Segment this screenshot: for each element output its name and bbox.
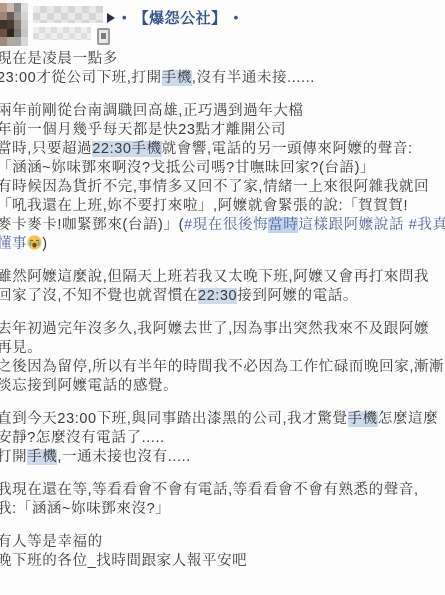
group-name-link[interactable]: 【爆怨公社】 bbox=[134, 7, 227, 28]
blank-line bbox=[0, 519, 445, 533]
post-text-line: 「吼我還在上班,妳不要打來啦」,阿嬤就會緊張的說:「賀賀賀! bbox=[0, 197, 445, 216]
hashtag-link[interactable]: 這樣跟阿嬤說話 bbox=[298, 217, 404, 233]
post-text: 之後因為留停,所以有半年的時間我不必因為工作忙碌而晚回家,漸漸 bbox=[0, 359, 444, 375]
post-text: 當時,只要超過 bbox=[0, 141, 92, 157]
hashtag-link[interactable]: #我真不 bbox=[409, 217, 445, 233]
post-text: ,沒有半通未接...... bbox=[192, 70, 315, 86]
post-text-line: 去年初過完年沒多久,我阿嬤去世了,因為事出突然我來不及跟阿嬤 bbox=[0, 320, 445, 339]
post-text: 「涵涵~妳味鄧來啊沒?戈抵公司嗎?甘嘸昧回家?(台語)」 bbox=[0, 160, 375, 176]
post-text-line: 直到今天23:00下班,與同事踏出漆黑的公司,我才驚覺手機怎麼這麼 bbox=[0, 410, 445, 429]
post-text: 兩年前剛從台南調職回高雄,正巧遇到過年大檔 bbox=[0, 103, 304, 119]
post-text: 回家了沒,不知不覺也就習慣在 bbox=[0, 288, 198, 304]
post-text: 接到阿嬤的電話。 bbox=[237, 288, 358, 304]
post-text-line: 淡忘接到阿嬤電話的感覺。 bbox=[0, 377, 445, 396]
blank-line bbox=[0, 306, 445, 320]
post-text: 現在是凌晨一點多 bbox=[0, 51, 118, 67]
post-text: 「吼我還在上班,妳不要打來啦」,阿嬤就會緊張的說:「賀賀賀! bbox=[0, 198, 408, 214]
post-text: 再見。 bbox=[0, 340, 42, 356]
highlighted-text: 手機 bbox=[348, 411, 378, 427]
separator-dot: • bbox=[122, 10, 127, 25]
highlighted-text: 手機 bbox=[132, 141, 162, 157]
post-text-line: 麥卡麥卡!咖緊鄧來(台語)」(#現在很後悔當時這樣跟阿嬤說話 #我真不 bbox=[0, 216, 445, 235]
post-text-line: 我:「涵涵~妳味鄧來沒?」 bbox=[0, 500, 445, 519]
post-text: 雖然阿嬤這麼說,但隔天上班若我又太晚下班,阿嬤又會再打來問我 bbox=[0, 269, 429, 285]
post-header: • 【爆怨公社】 • bbox=[0, 0, 445, 50]
hashtag-link[interactable]: 懂事 bbox=[0, 236, 27, 252]
post-text-line: 我現在還在等,等看看會不會有電話,等看看會不會有熟悉的聲音, bbox=[0, 481, 445, 500]
avatar[interactable] bbox=[0, 3, 28, 46]
post-text: 去年初過完年沒多久,我阿嬤去世了,因為事出突然我來不及跟阿嬤 bbox=[0, 321, 429, 337]
crying-emoji-icon bbox=[27, 235, 42, 250]
post-text-line: 當時,只要超過22:30手機就會響,電話的另一頭傳來阿嬤的聲音: bbox=[0, 140, 445, 159]
post-text-line: 「涵涵~妳味鄧來啊沒?戈抵公司嗎?甘嘸昧回家?(台語)」 bbox=[0, 159, 445, 178]
group-row: • 【爆怨公社】 • bbox=[107, 7, 238, 28]
post-text: 淡忘接到阿嬤電話的感覺。 bbox=[0, 378, 178, 394]
post-text-line: 懂事) bbox=[0, 235, 445, 254]
shared-to-arrow-icon bbox=[107, 13, 115, 23]
post-text: 麥卡麥卡!咖緊鄧來(台語)」( bbox=[0, 217, 184, 233]
post-text: 直到今天23:00下班,與同事踏出漆黑的公司,我才驚覺 bbox=[0, 411, 348, 427]
blank-line bbox=[0, 88, 445, 102]
hashtag-link[interactable]: 當時 bbox=[268, 217, 298, 233]
post-text: ,一通未接也沒有..... bbox=[57, 449, 190, 465]
highlighted-text: 22:30 bbox=[198, 288, 237, 304]
post-text-line: 晚下班的各位_找時間跟家人報平安吧 bbox=[0, 552, 445, 571]
blank-line bbox=[0, 254, 445, 268]
post-text-line: 再見。 bbox=[0, 339, 445, 358]
post-text: 安靜?怎麼沒有電話了..... bbox=[0, 430, 165, 446]
post-text-line: 打開手機,一通未接也沒有..... bbox=[0, 448, 445, 467]
timestamp-blurred bbox=[33, 27, 91, 40]
separator-dot: • bbox=[234, 10, 239, 25]
highlighted-text: 手機 bbox=[27, 449, 57, 465]
post-text-line: 安靜?怎麼沒有電話了..... bbox=[0, 429, 445, 448]
post-text: 有人等是幸福的 bbox=[0, 534, 103, 550]
post-text-line: 回家了沒,不知不覺也就習慣在22:30接到阿嬤的電話。 bbox=[0, 287, 445, 306]
post-text: 年前一個月幾乎每天都是快23點才離開公司 bbox=[0, 122, 286, 138]
post-text: 我現在還在等,等看看會不會有電話,等看看會不會有熟悉的聲音, bbox=[0, 482, 419, 498]
post-text-line: 雖然阿嬤這麼說,但隔天上班若我又太晚下班,阿嬤又會再打來問我 bbox=[0, 268, 445, 287]
highlighted-text: 22:30 bbox=[92, 141, 131, 157]
post-text-line: 兩年前剛從台南調職回高雄,正巧遇到過年大檔 bbox=[0, 102, 445, 121]
username-blurred[interactable] bbox=[33, 6, 103, 23]
post-text: 23:00才從公司下班,打開 bbox=[0, 70, 162, 86]
post-text: 晚下班的各位_找時間跟家人報平安吧 bbox=[0, 553, 247, 569]
highlighted-text: 手機 bbox=[162, 70, 192, 86]
post-text: 我:「涵涵~妳味鄧來沒?」 bbox=[0, 501, 170, 517]
blank-line bbox=[0, 396, 445, 410]
hashtag-link[interactable]: #現在很後悔 bbox=[184, 217, 268, 233]
post-text-line: 有人等是幸福的 bbox=[0, 533, 445, 552]
mobile-phone-icon bbox=[97, 28, 110, 45]
post-text-line: 23:00才從公司下班,打開手機,沒有半通未接...... bbox=[0, 69, 445, 88]
facebook-post-page: • 【爆怨公社】 • 現在是凌晨一點多23:00才從公司下班,打開手機,沒有半通… bbox=[0, 0, 445, 595]
post-text-line: 之後因為留停,所以有半年的時間我不必因為工作忙碌而晚回家,漸漸 bbox=[0, 358, 445, 377]
blank-line bbox=[0, 467, 445, 481]
post-text: 有時候因為貨折不完,事情多又回不了家,情緒一上來很阿雜我就回 bbox=[0, 179, 429, 195]
post-text-line: 現在是凌晨一點多 bbox=[0, 50, 445, 69]
post-body: 現在是凌晨一點多23:00才從公司下班,打開手機,沒有半通未接......兩年前… bbox=[0, 50, 445, 571]
post-text: ) bbox=[42, 236, 47, 252]
post-text: 怎麼這麼 bbox=[378, 411, 438, 427]
post-text: 打開 bbox=[0, 449, 27, 465]
post-text: 就會響,電話的另一頭傳來阿嬤的聲音: bbox=[162, 141, 413, 157]
post-text-line: 有時候因為貨折不完,事情多又回不了家,情緒一上來很阿雜我就回 bbox=[0, 178, 445, 197]
post-text-line: 年前一個月幾乎每天都是快23點才離開公司 bbox=[0, 121, 445, 140]
